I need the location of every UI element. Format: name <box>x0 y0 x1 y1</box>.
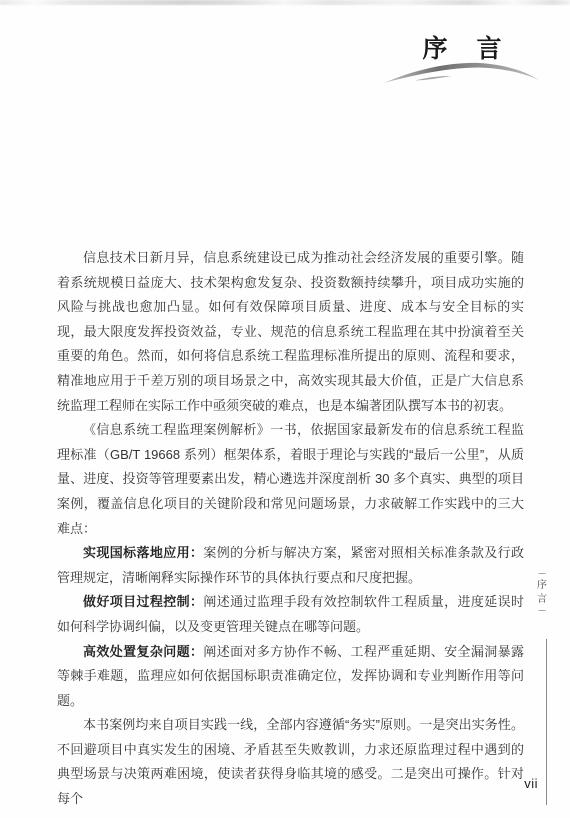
scan-edge-artifact <box>0 0 570 5</box>
margin-vertical-rule <box>546 639 547 805</box>
paragraph: 《信息系统工程监理案例解析》一书，依据国家最新发布的信息系统工程监理标准（GB/… <box>57 418 524 541</box>
paragraph-lead: 做好项目过程控制： <box>83 594 203 609</box>
margin-tab-char-yan: 言 <box>537 594 547 605</box>
margin-tab-char-xu: 序 <box>537 580 547 591</box>
paragraph: 信息技术日新月异，信息系统建设已成为推动社会经济发展的重要引擎。随着系统规模日益… <box>57 246 524 418</box>
paragraph-text: 信息技术日新月异，信息系统建设已成为推动社会经济发展的重要引擎。随着系统规模日益… <box>57 250 524 413</box>
margin-section-tab: — 序 言 — <box>533 571 551 614</box>
paragraph-lead: 高效处置复杂问题： <box>83 644 203 659</box>
tab-dash-bottom: — <box>539 608 546 614</box>
paragraph: 本书案例均来自项目实践一线，全部内容遵循“务实”原则。一是突出实务性。不回避项目… <box>57 713 524 811</box>
page-number: vii <box>508 776 538 791</box>
paragraph: 高效处置复杂问题：阐述面对多方协作不畅、工程严重延期、安全漏洞暴露等棘手难题，监… <box>57 640 524 714</box>
tab-dash-top: — <box>539 571 546 577</box>
brush-swoosh-decoration <box>381 60 541 88</box>
preface-body: 信息技术日新月异，信息系统建设已成为推动社会经济发展的重要引擎。随着系统规模日益… <box>57 246 524 812</box>
paragraph-lead: 实现国标落地应用： <box>83 545 203 560</box>
paragraph-text: 本书案例均来自项目实践一线，全部内容遵循“务实”原则。一是突出实务性。不回避项目… <box>57 717 524 806</box>
paragraph: 实现国标落地应用：案例的分析与解决方案，紧密对照相关标准条款及行政管理规定，清晰… <box>57 541 524 590</box>
paragraph-text: 《信息系统工程监理案例解析》一书，依据国家最新发布的信息系统工程监理标准（GB/… <box>57 422 524 535</box>
book-page: 序 言 信息技术日新月异，信息系统建设已成为推动社会经济发展的重要引擎。随着系统… <box>0 0 570 818</box>
paragraph: 做好项目过程控制：阐述通过监理手段有效控制软件工程质量，进度延误时如何科学协调纠… <box>57 590 524 639</box>
